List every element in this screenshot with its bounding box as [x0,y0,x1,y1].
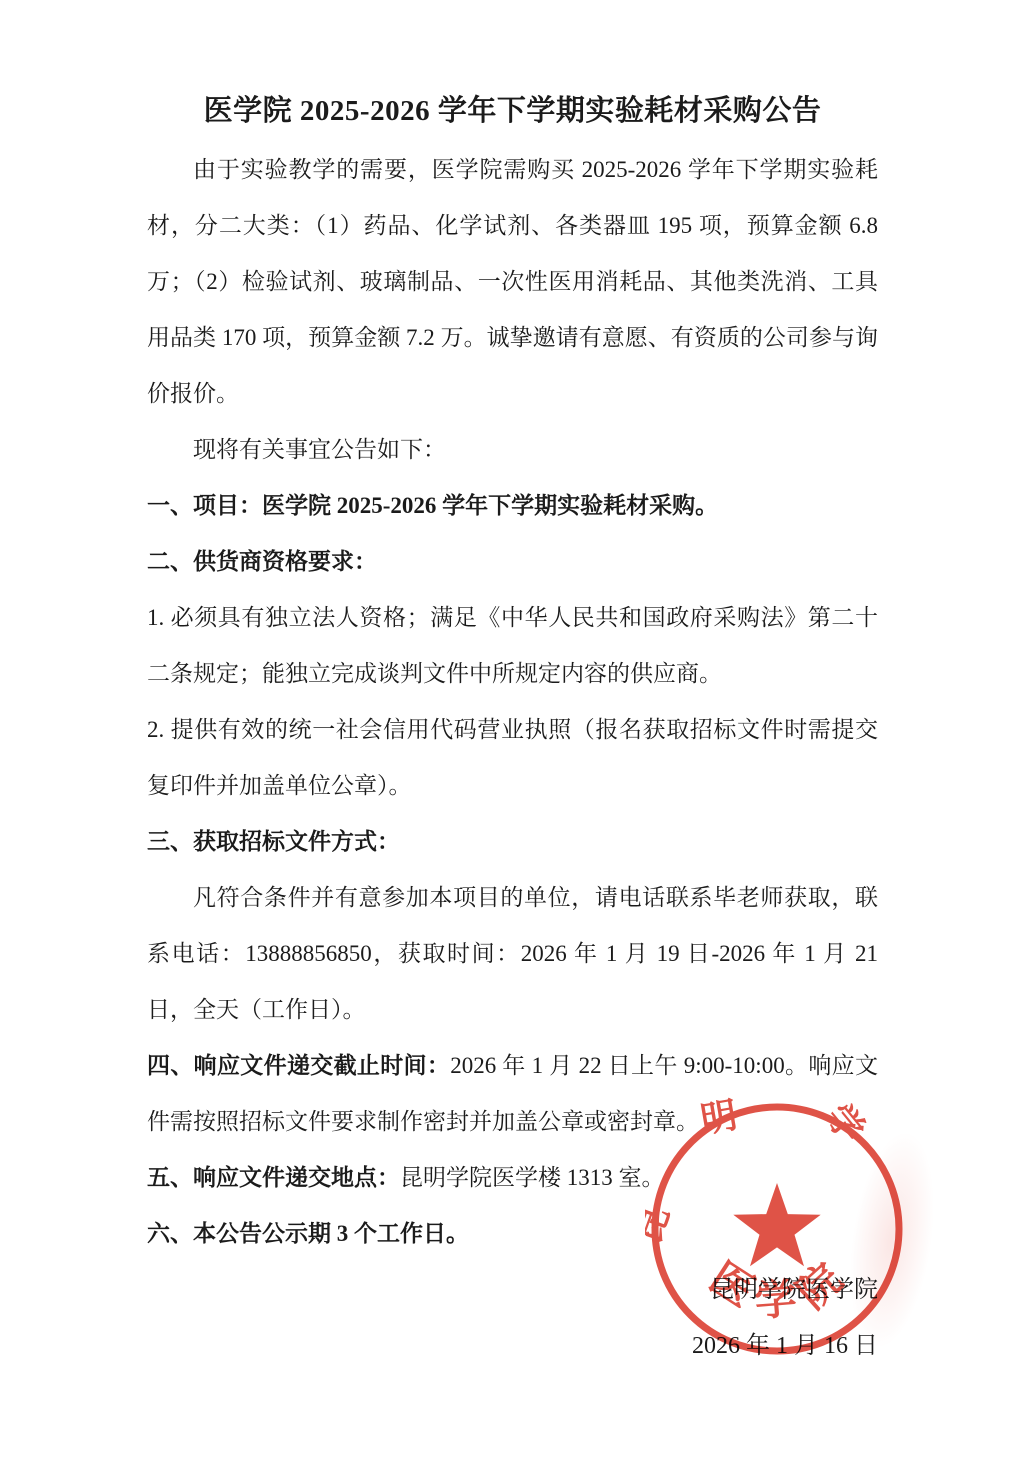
document-paragraph: 由于实验教学的需要，医学院需购买 2025-2026 学年下学期实验耗材，分二大… [147,142,878,422]
section-heading: 三、获取招标文件方式： [147,814,878,870]
seal-star [733,1183,820,1266]
seal-bottom-text: 医学院 [701,1246,862,1326]
announcement-title: 医学院 2025-2026 学年下学期实验耗材采购公告 [147,88,878,134]
document-page: 医学院 2025-2026 学年下学期实验耗材采购公告 由于实验教学的需要，医学… [0,0,1024,1471]
section-heading: 二、供货商资格要求： [147,534,878,590]
document-paragraph: 2. 提供有效的统一社会信用代码营业执照（报名获取招标文件时需提交复印件并加盖单… [147,702,878,814]
document-paragraph: 凡符合条件并有意参加本项目的单位，请电话联系毕老师获取，联系电话：1388885… [147,870,878,1038]
official-seal: 昆明学院 医学院 [645,1097,909,1361]
document-paragraph: 现将有关事宜公告如下： [147,422,878,478]
document-paragraph: 1. 必须具有独立法人资格；满足《中华人民共和国政府采购法》第二十二条规定；能独… [147,590,878,702]
section-heading: 一、项目：医学院 2025-2026 学年下学期实验耗材采购。 [147,478,878,534]
document-body: 由于实验教学的需要，医学院需购买 2025-2026 学年下学期实验耗材，分二大… [147,142,878,1262]
